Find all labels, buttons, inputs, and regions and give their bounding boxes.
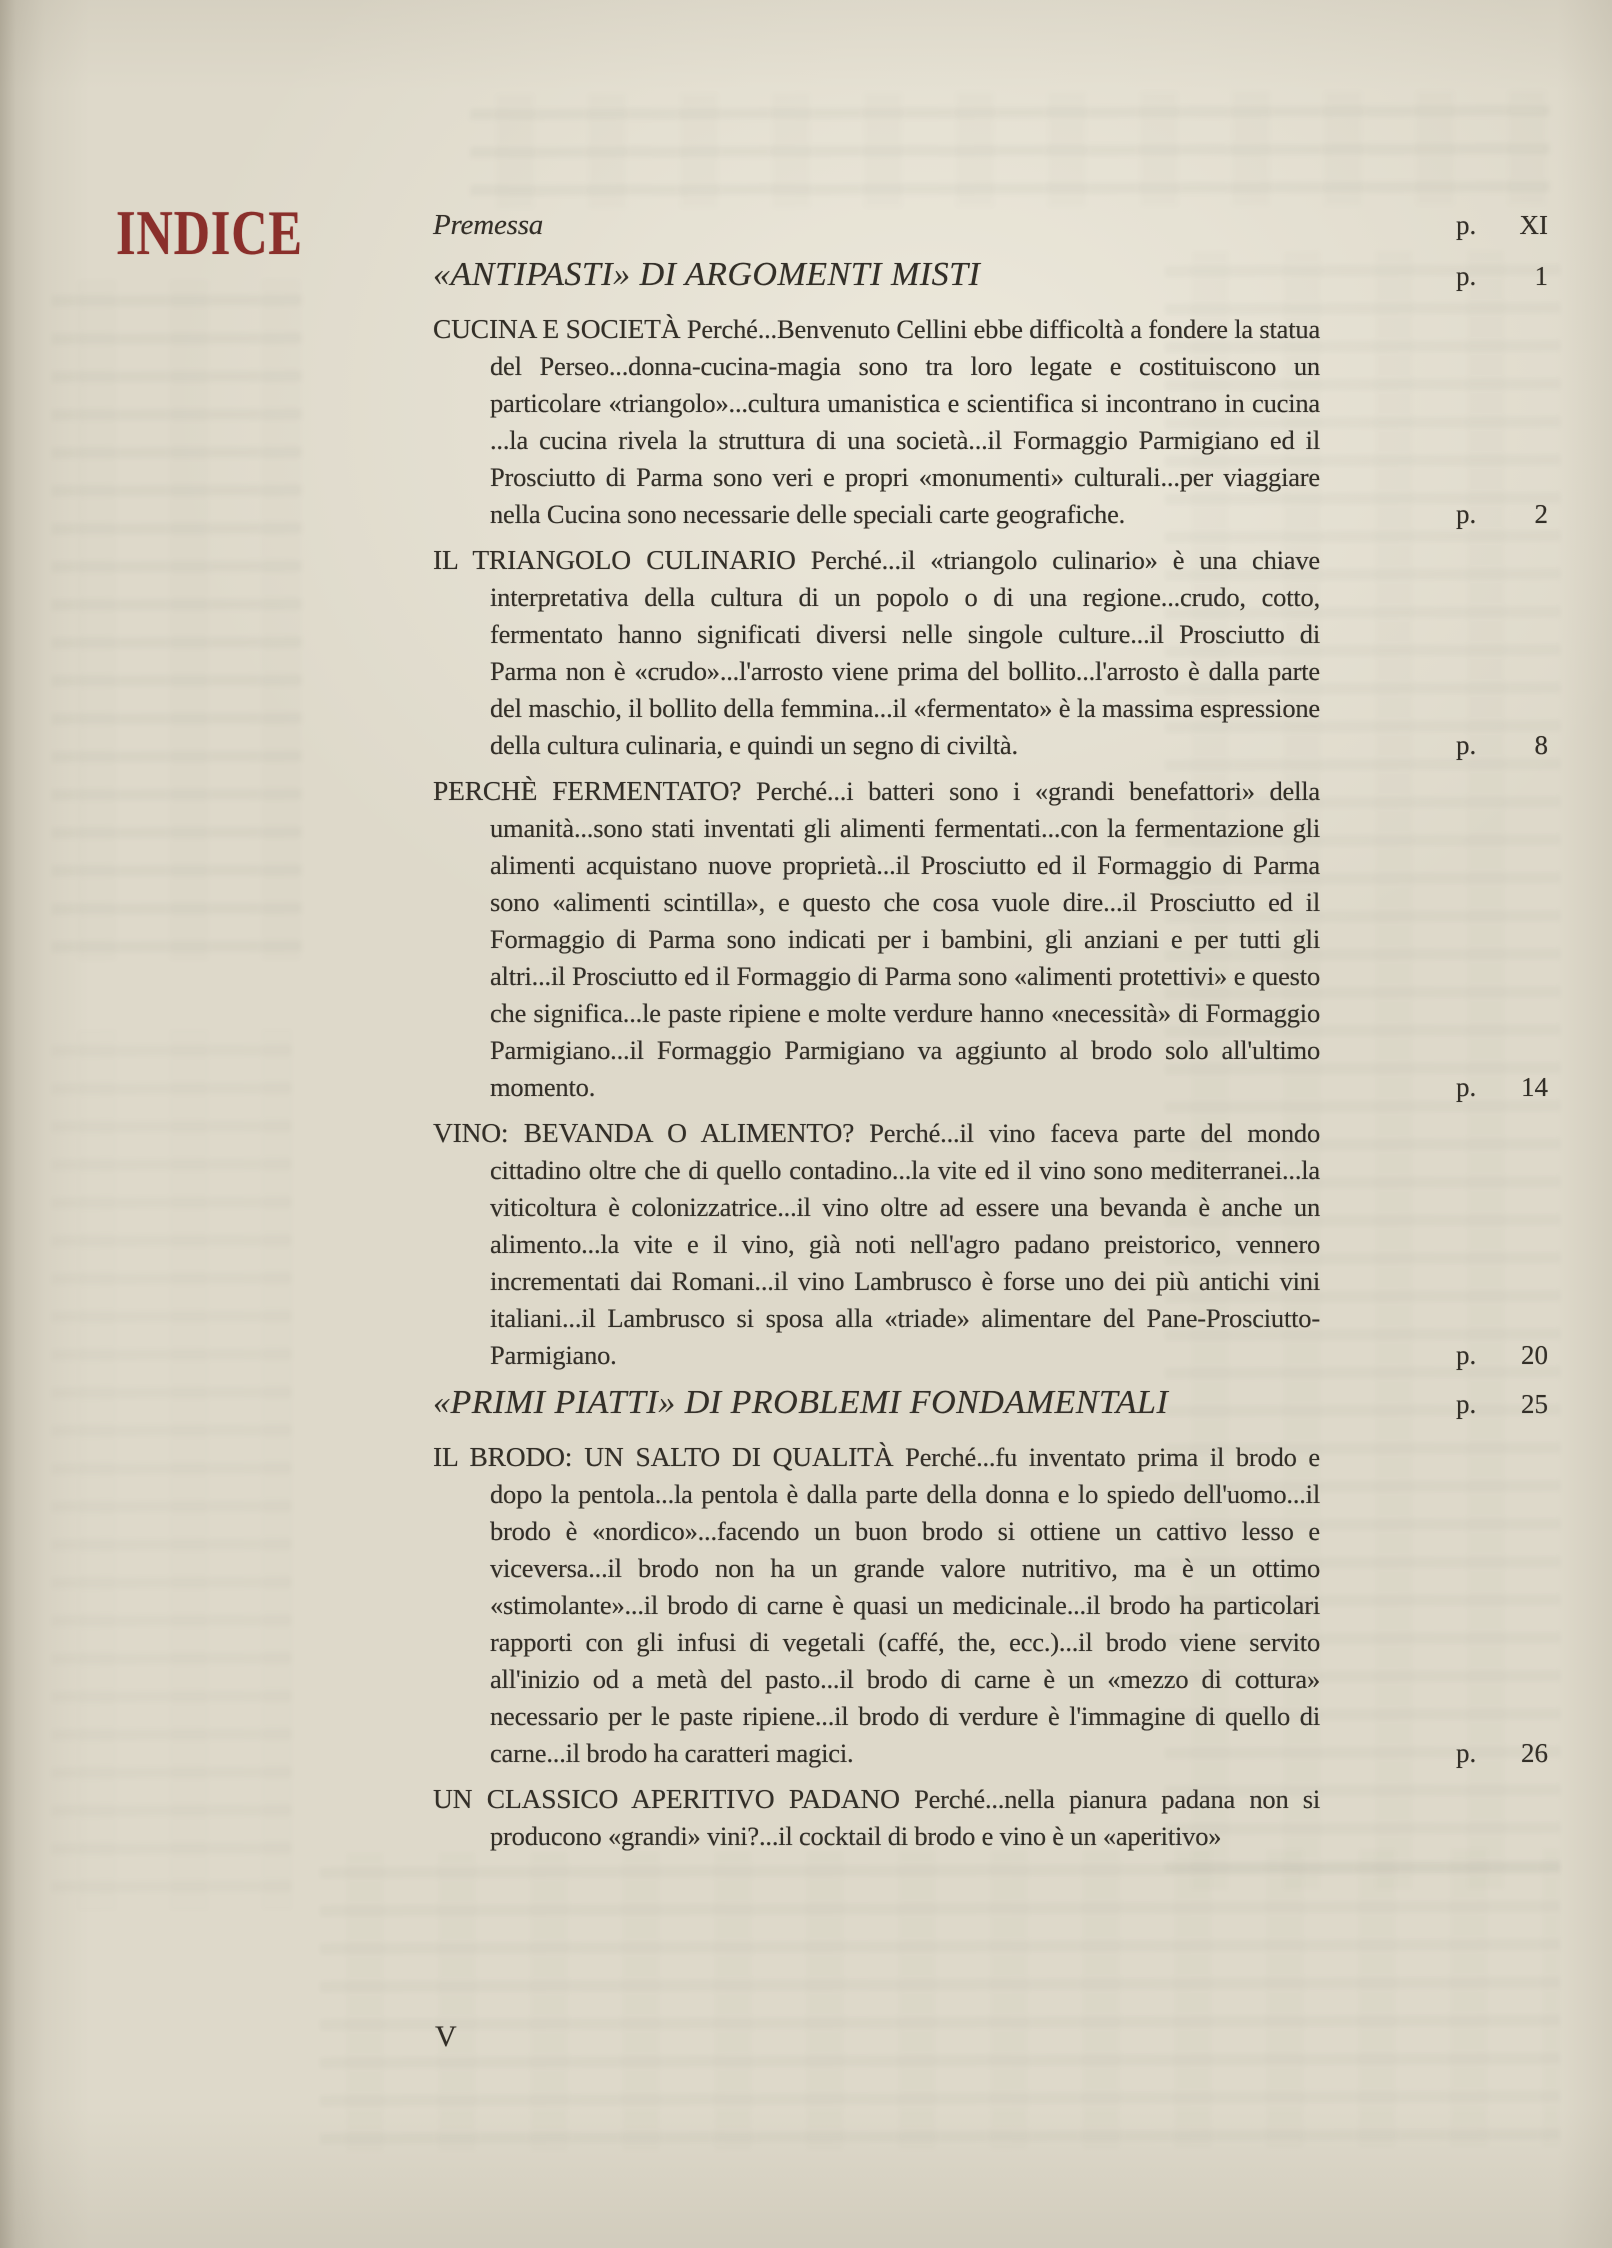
toc-entry-title: CUCINA E SOCIETÀ <box>433 313 680 344</box>
page-abbrev: p. <box>1456 496 1476 533</box>
toc-entry: UN CLASSICO APERITIVO PADANO Perché...ne… <box>433 1780 1548 1855</box>
toc-entry-text: IL TRIANGOLO CULINARIO Perché...il «tria… <box>433 541 1320 764</box>
section-heading-text: «ANTIPASTI» DI ARGOMENTI MISTI <box>433 254 1263 296</box>
toc-entry-text: UN CLASSICO APERITIVO PADANO Perché...ne… <box>433 1780 1320 1855</box>
page-number: 25 <box>1521 1386 1548 1423</box>
scanned-book-page: INDICE Premessap.XI«ANTIPASTI» DI ARGOME… <box>0 0 1612 2248</box>
toc-entry: VINO: BEVANDA O ALIMENTO? Perché...il vi… <box>433 1114 1548 1374</box>
page-number: XI <box>1520 207 1549 244</box>
page-reference: p.26 <box>1456 1735 1548 1772</box>
section-heading-text: «PRIMI PIATTI» DI PROBLEMI FONDAMENTALI <box>433 1382 1263 1424</box>
toc-list: Premessap.XI«ANTIPASTI» DI ARGOMENTI MIS… <box>433 206 1548 1863</box>
bleedthrough-ghost-text <box>320 1848 1560 2152</box>
toc-entry-body: Perché...i batteri sono i «grandi benefa… <box>490 776 1320 1102</box>
page-number: 8 <box>1535 727 1549 764</box>
page-number: 14 <box>1521 1069 1548 1106</box>
page-abbrev: p. <box>1456 207 1476 244</box>
toc-entry-title: IL BRODO: UN SALTO DI QUALITÀ <box>433 1441 893 1472</box>
toc-entry-title: VINO: BEVANDA O ALIMENTO? <box>433 1117 854 1148</box>
toc-entry-title: PERCHÈ FERMENTATO? <box>433 775 741 806</box>
page-reference: p.8 <box>1456 727 1548 764</box>
toc-entry-body: Perché...fu inventato prima il brodo e d… <box>490 1442 1320 1768</box>
page-reference: p.25 <box>1456 1386 1548 1423</box>
toc-entry-body: Perché...Benvenuto Cellini ebbe difficol… <box>490 314 1320 529</box>
toc-entry-text: IL BRODO: UN SALTO DI QUALITÀ Perché...f… <box>433 1438 1320 1772</box>
page-abbrev: p. <box>1456 258 1476 295</box>
page-title: INDICE <box>116 202 303 265</box>
bleedthrough-ghost-text <box>470 90 1550 209</box>
page-number: 20 <box>1521 1337 1548 1374</box>
toc-entry: IL BRODO: UN SALTO DI QUALITÀ Perché...f… <box>433 1438 1548 1772</box>
page-abbrev: p. <box>1456 1069 1476 1106</box>
toc-entry-text: PERCHÈ FERMENTATO? Perché...i batteri so… <box>433 772 1320 1106</box>
page-number: 1 <box>1535 258 1549 295</box>
page-reference: p.1 <box>1456 258 1548 295</box>
toc-premessa: Premessap.XI <box>433 206 1548 244</box>
page-abbrev: p. <box>1456 1735 1476 1772</box>
bleedthrough-ghost-text <box>52 1030 292 1911</box>
page-abbrev: p. <box>1456 1337 1476 1374</box>
toc-section-heading: «PRIMI PIATTI» DI PROBLEMI FONDAMENTALIp… <box>433 1382 1548 1424</box>
toc-entry: IL TRIANGOLO CULINARIO Perché...il «tria… <box>433 541 1548 764</box>
toc-entry-title: IL TRIANGOLO CULINARIO <box>433 544 796 575</box>
toc-entry-body: Perché...il vino faceva parte del mondo … <box>490 1118 1320 1370</box>
page-abbrev: p. <box>1456 727 1476 764</box>
page-reference: p.2 <box>1456 496 1548 533</box>
page-reference: p.14 <box>1456 1069 1548 1106</box>
page-reference: p.XI <box>1456 207 1548 244</box>
toc-entry: PERCHÈ FERMENTATO? Perché...i batteri so… <box>433 772 1548 1106</box>
page-number: 2 <box>1535 496 1549 533</box>
toc-entry-title: UN CLASSICO APERITIVO PADANO <box>433 1783 900 1814</box>
bleedthrough-ghost-text <box>52 280 302 961</box>
toc-entry: CUCINA E SOCIETÀ Perché...Benvenuto Cell… <box>433 310 1548 533</box>
folio-page-number: V <box>435 2022 457 2052</box>
toc-entry-text: VINO: BEVANDA O ALIMENTO? Perché...il vi… <box>433 1114 1320 1374</box>
page-abbrev: p. <box>1456 1386 1476 1423</box>
toc-entry-text: CUCINA E SOCIETÀ Perché...Benvenuto Cell… <box>433 310 1320 533</box>
toc-entry-body: Perché...il «triangolo culinario» è una … <box>490 545 1320 760</box>
premessa-text: Premessa <box>433 206 1263 244</box>
page-reference: p.20 <box>1456 1337 1548 1374</box>
toc-section-heading: «ANTIPASTI» DI ARGOMENTI MISTIp.1 <box>433 254 1548 296</box>
page-number: 26 <box>1521 1735 1548 1772</box>
